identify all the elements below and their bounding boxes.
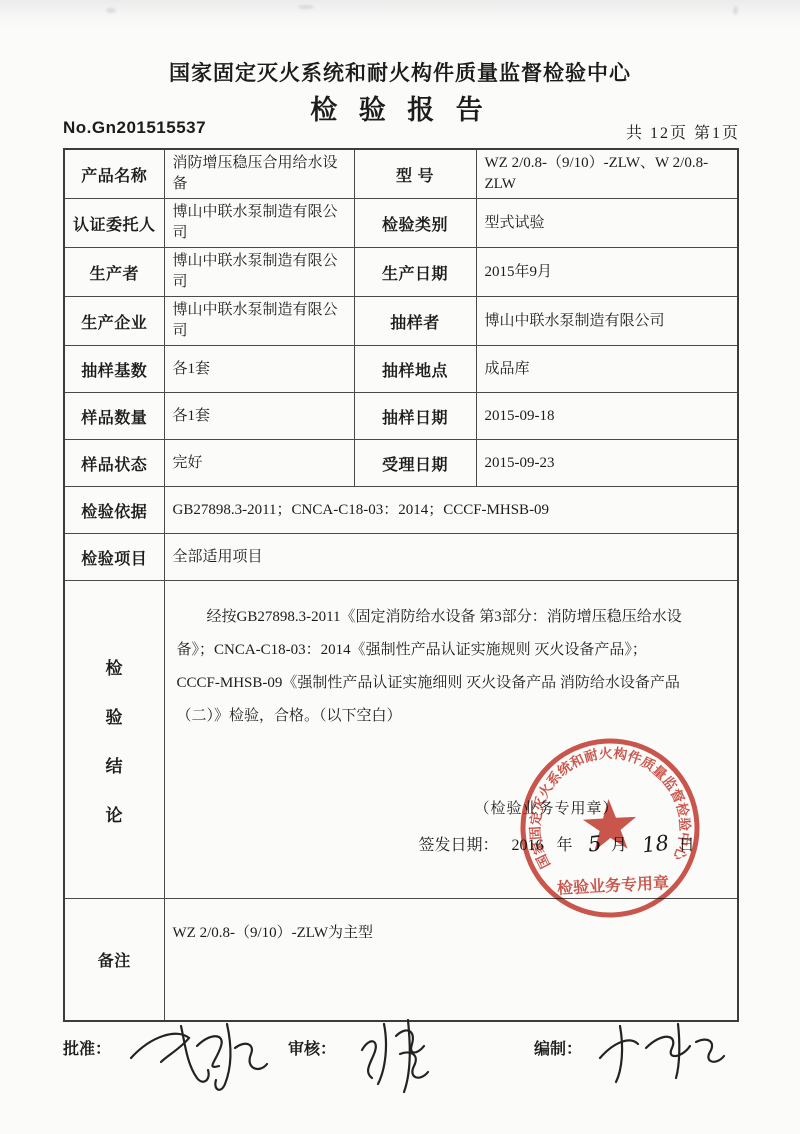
approve-label: 批准： — [63, 1041, 111, 1058]
issue-month-unit: 月 — [611, 837, 627, 854]
org-name: 国家固定灭火系统和耐火构件质量监督检验中心 — [0, 57, 800, 87]
sampler-value: 博山中联水泵制造有限公司 — [476, 297, 738, 346]
test-type-label: 检验类别 — [354, 199, 476, 248]
conclusion-line: （二）》检验，合格。（以下空白） — [177, 700, 732, 733]
sample-state-value: 完好 — [164, 440, 354, 487]
inspection-report-page: 国家固定灭火系统和耐火构件质量监督检验中心 检 验 报 告 No.Gn20151… — [0, 0, 800, 1134]
accept-date-value: 2015-09-23 — [476, 440, 738, 487]
row-producer: 生产者 博山中联水泵制造有限公司 生产日期 2015年9月 — [64, 248, 738, 297]
conclusion-text: 经按GB27898.3-2011《固定消防给水设备 第3部分：消防增压稳压给水设… — [165, 581, 738, 733]
sample-place-label: 抽样地点 — [354, 346, 476, 393]
remark-label: 备注 — [64, 899, 164, 1021]
issue-year: 2016 — [512, 837, 544, 854]
conclusion-char: 检 — [106, 654, 124, 679]
conclusion-label-vertical: 检 验 结 论 — [67, 654, 162, 826]
scan-smudge — [106, 8, 116, 13]
producer-value: 博山中联水泵制造有限公司 — [164, 248, 354, 297]
conclusion-char: 验 — [106, 703, 124, 728]
enterprise-label: 生产企业 — [64, 297, 164, 346]
test-type-value: 型式试验 — [476, 199, 738, 248]
product-name-label: 产品名称 — [64, 149, 164, 199]
remark-value: WZ 2/0.8-（9/10）-ZLW为主型 — [164, 899, 738, 1021]
row-conclusion: 检 验 结 论 经按GB27898.3-2011《固定消防给水设备 第3部分：消… — [64, 581, 738, 899]
approve-group: 批准： — [63, 1036, 111, 1059]
issue-date-line: 签发日期： 2016 年 5 月 18 日 — [419, 831, 695, 855]
seal-note: （检验业务专用章） — [475, 797, 619, 818]
row-client: 认证委托人 博山中联水泵制造有限公司 检验类别 型式试验 — [64, 199, 738, 248]
sample-date-value: 2015-09-18 — [476, 393, 738, 440]
sample-qty-value: 各1套 — [164, 393, 354, 440]
prepare-group: 编制： — [534, 1036, 582, 1059]
row-sample-base: 抽样基数 各1套 抽样地点 成品库 — [64, 346, 738, 393]
basis-label: 检验依据 — [64, 487, 164, 534]
model-value: WZ 2/0.8-（9/10）-ZLW、W 2/0.8-ZLW — [476, 149, 738, 199]
issue-month-handwritten: 5 — [586, 831, 602, 856]
prepare-label: 编制： — [534, 1041, 582, 1058]
items-value: 全部适用项目 — [164, 534, 738, 581]
report-number: No.Gn201515537 — [63, 118, 206, 138]
review-label: 审核： — [288, 1041, 336, 1058]
scan-smudge — [298, 5, 314, 9]
conclusion-label: 检 验 结 论 — [64, 581, 164, 899]
row-sample-qty: 样品数量 各1套 抽样日期 2015-09-18 — [64, 393, 738, 440]
issue-day-unit: 日 — [679, 837, 695, 854]
scan-edge-shadow — [0, 0, 800, 30]
row-enterprise: 生产企业 博山中联水泵制造有限公司 抽样者 博山中联水泵制造有限公司 — [64, 297, 738, 346]
cert-client-label: 认证委托人 — [64, 199, 164, 248]
conclusion-line: 备》；CNCA-C18-03：2014《强制性产品认证实施规则 灭火设备产品》； — [177, 634, 732, 667]
items-label: 检验项目 — [64, 534, 164, 581]
row-sample-state: 样品状态 完好 受理日期 2015-09-23 — [64, 440, 738, 487]
approve-signature — [125, 1018, 285, 1104]
sample-base-value: 各1套 — [164, 346, 354, 393]
sample-place-value: 成品库 — [476, 346, 738, 393]
row-items: 检验项目 全部适用项目 — [64, 534, 738, 581]
conclusion-char: 论 — [106, 801, 124, 826]
model-label: 型 号 — [354, 149, 476, 199]
sample-qty-label: 样品数量 — [64, 393, 164, 440]
enterprise-value: 博山中联水泵制造有限公司 — [164, 297, 354, 346]
sample-date-label: 抽样日期 — [354, 393, 476, 440]
prepare-signature — [594, 1018, 734, 1098]
report-table: 产品名称 消防增压稳压合用给水设备 型 号 WZ 2/0.8-（9/10）-ZL… — [63, 148, 739, 1022]
issue-year-unit: 年 — [557, 837, 573, 854]
product-name-value: 消防增压稳压合用给水设备 — [164, 149, 354, 199]
production-date-value: 2015年9月 — [476, 248, 738, 297]
accept-date-label: 受理日期 — [354, 440, 476, 487]
signature-row: 批准： 审核： — [0, 1026, 800, 1116]
conclusion-cell: 经按GB27898.3-2011《固定消防给水设备 第3部分：消防增压稳压给水设… — [164, 581, 738, 899]
page-info: 共 12页 第1页 — [626, 120, 740, 143]
issue-day-handwritten: 18 — [641, 831, 670, 858]
review-group: 审核： — [288, 1036, 336, 1059]
conclusion-char: 结 — [106, 752, 124, 777]
conclusion-line: CCCF-MHSB-09《强制性产品认证实施细则 灭火设备产品 消防给水设备产品 — [177, 667, 732, 700]
cert-client-value: 博山中联水泵制造有限公司 — [164, 199, 354, 248]
row-basis: 检验依据 GB27898.3-2011；CNCA-C18-03：2014；CCC… — [64, 487, 738, 534]
row-product: 产品名称 消防增压稳压合用给水设备 型 号 WZ 2/0.8-（9/10）-ZL… — [64, 149, 738, 199]
producer-label: 生产者 — [64, 248, 164, 297]
issue-date-prefix: 签发日期： — [419, 837, 499, 854]
conclusion-line: 经按GB27898.3-2011《固定消防给水设备 第3部分：消防增压稳压给水设 — [177, 601, 732, 634]
row-remark: 备注 WZ 2/0.8-（9/10）-ZLW为主型 — [64, 899, 738, 1021]
sample-state-label: 样品状态 — [64, 440, 164, 487]
sample-base-label: 抽样基数 — [64, 346, 164, 393]
review-signature — [346, 1018, 466, 1106]
sampler-label: 抽样者 — [354, 297, 476, 346]
basis-value: GB27898.3-2011；CNCA-C18-03：2014；CCCF-MHS… — [164, 487, 738, 534]
production-date-label: 生产日期 — [354, 248, 476, 297]
scan-smudge — [733, 6, 738, 15]
